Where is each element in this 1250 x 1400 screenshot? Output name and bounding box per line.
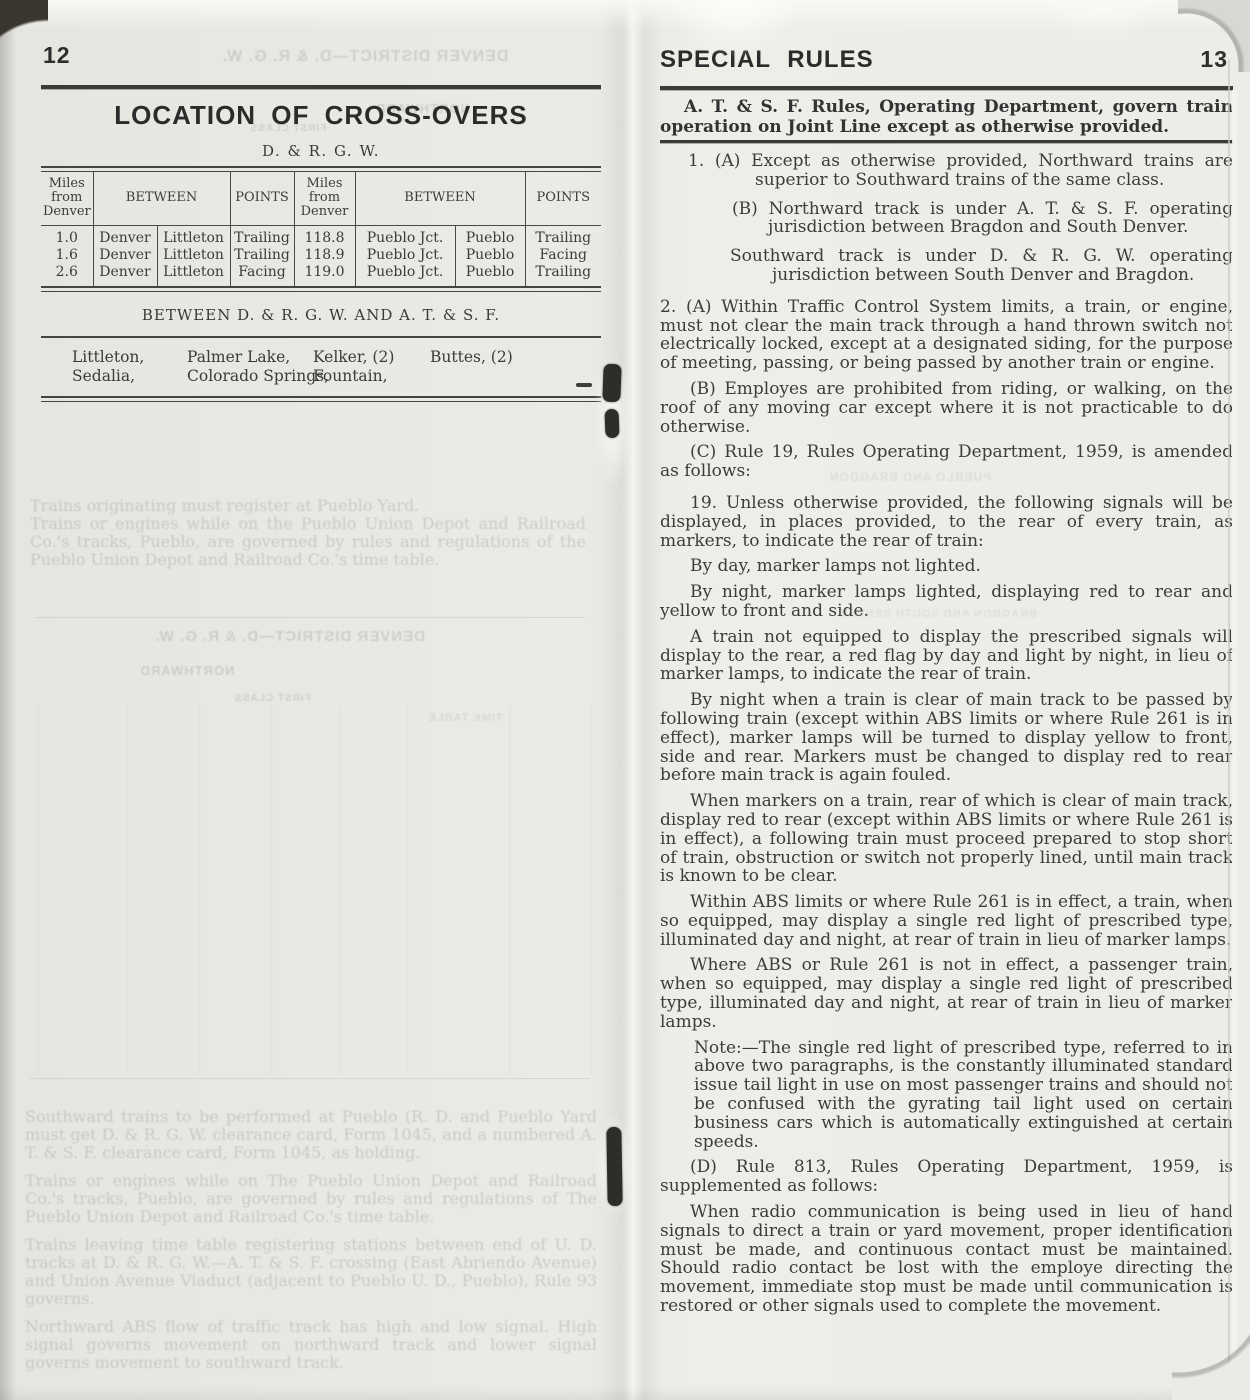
page-13: PUEBLO AND BRAGDON BRAGDON AND SOUTH DEN… (625, 0, 1250, 1400)
table-row: 1.0 Denver Littleton Trailing 118.8 Pueb… (41, 226, 601, 248)
page-title: LOCATION OF CROSS-OVERS (41, 100, 601, 131)
table-cell: 118.9 (294, 247, 355, 264)
bleedthrough-northward: NORTHWARD (118, 663, 256, 678)
divider-rule (41, 336, 601, 338)
rule-paragraph: (C) Rule 19, Rules Operating Department,… (660, 443, 1233, 481)
table-cell: Trailing (230, 226, 294, 248)
table-row: 1.6 Denver Littleton Trailing 118.9 Pueb… (41, 247, 601, 264)
col-header-points: POINTS (230, 172, 294, 226)
rule-paragraph: Where ABS or Rule 261 is not in effect, … (660, 956, 1233, 1031)
crossover-table: Miles from Denver BETWEEN POINTS Miles f… (41, 166, 601, 292)
rule-paragraph: (B) Employes are prohibited from riding,… (660, 380, 1233, 436)
divider-rule (660, 86, 1233, 90)
table-header-row: Miles from Denver BETWEEN POINTS Miles f… (41, 172, 601, 226)
rule-paragraph: When markers on a train, rear of which i… (660, 792, 1233, 886)
staple-mark (576, 383, 592, 387)
bleedthrough-header: DENVER DISTRICT—D. & R. G. W. (185, 48, 545, 66)
bleedthrough-paragraph: Trains leaving time table registering st… (25, 1236, 597, 1308)
page-edge-line (1228, 60, 1230, 1400)
page-12: DENVER DISTRICT—D. & R. G. W. NORTHWARD … (0, 0, 625, 1400)
table-cell: Pueblo Jct. (355, 226, 455, 248)
col-header-points: POINTS (525, 172, 601, 226)
rule-paragraph: (B) Northward track is under A. T. & S. … (660, 200, 1233, 238)
scan-bottom-edge (0, 1386, 1250, 1400)
table-cell: 118.8 (294, 226, 355, 248)
table-cell: 1.6 (41, 247, 93, 264)
divider-rule (41, 396, 601, 402)
rule-paragraph: When radio communication is being used i… (660, 1203, 1233, 1316)
intro-paragraph: A. T. & S. F. Rules, Operating Departmen… (660, 97, 1233, 137)
rule-paragraph: A train not equipped to display the pres… (660, 628, 1233, 684)
bleedthrough-paragraph: Trains or engines while on The Pueblo Un… (25, 1172, 597, 1226)
rule-paragraph: Southward track is under D. & R. G. W. o… (660, 247, 1233, 285)
staple-mark (602, 364, 621, 403)
station-list-column: Palmer Lake, Colorado Springs, (187, 348, 329, 386)
page-edge-line (1232, 90, 1237, 1400)
scan-highlight (670, 0, 800, 58)
note-paragraph: Note:—The single red light of prescribed… (694, 1039, 1233, 1152)
table-row: 2.6 Denver Littleton Facing 119.0 Pueblo… (41, 264, 601, 286)
bleedthrough-paragraph: Trains originating must register at Pueb… (30, 497, 586, 569)
rule-paragraph: (D) Rule 813, Rules Operating Department… (660, 1158, 1233, 1196)
rule-paragraph: By day, marker lamps not lighted. (660, 557, 1233, 576)
divider-rule (660, 140, 1233, 143)
table-cell: Facing (230, 264, 294, 286)
scanned-booklet-spread: DENVER DISTRICT—D. & R. G. W. NORTHWARD … (0, 0, 1250, 1400)
col-header-miles: Miles from Denver (294, 172, 355, 226)
table-cell: Trailing (525, 264, 601, 286)
station-list-column: Littleton, Sedalia, (72, 348, 144, 386)
table-cell: Denver (93, 247, 157, 264)
scan-corner (1178, 0, 1250, 72)
table-cell: Pueblo (455, 264, 525, 286)
table-cell: Denver (93, 264, 157, 286)
scan-highlight (1040, 0, 1160, 44)
page-subtitle: D. & R. G. W. (41, 142, 601, 160)
table-cell: Littleton (157, 247, 230, 264)
scan-corner (1172, 1280, 1250, 1400)
col-header-miles: Miles from Denver (41, 172, 93, 226)
table-cell: Trailing (230, 247, 294, 264)
divider-rule (41, 286, 601, 292)
table-cell: Pueblo Jct. (355, 264, 455, 286)
rule-paragraph: Within ABS limits or where Rule 261 is i… (660, 893, 1233, 949)
table-cell: Denver (93, 226, 157, 248)
bleedthrough-rule (35, 617, 585, 618)
rules-text: 1. (A) Except as otherwise provided, Nor… (660, 152, 1233, 1323)
table-cell: Pueblo (455, 226, 525, 248)
table-cell: Littleton (157, 264, 230, 286)
table-cell: Pueblo (455, 247, 525, 264)
table-cell: 2.6 (41, 264, 93, 286)
bleedthrough-block: Southward trains to be performed at Pueb… (25, 1108, 597, 1372)
staple-mark (604, 409, 619, 438)
bleedthrough-paragraph: Northward ABS flow of traffic track has … (25, 1318, 597, 1372)
rule-paragraph: By night when a train is clear of main t… (660, 691, 1233, 785)
table-cell: Pueblo Jct. (355, 247, 455, 264)
rule-paragraph: 19. Unless otherwise provided, the follo… (660, 494, 1233, 550)
rule-paragraph: 2. (A) Within Traffic Control System lim… (660, 298, 1233, 373)
table-cell: Littleton (157, 226, 230, 248)
bleedthrough-rule (30, 1078, 590, 1079)
bleedthrough-table-grid (38, 705, 592, 1075)
rule-paragraph: 1. (A) Except as otherwise provided, Nor… (660, 152, 1233, 190)
table-cell: Facing (525, 247, 601, 264)
joint-section-heading: BETWEEN D. & R. G. W. AND A. T. & S. F. (41, 306, 601, 324)
scan-left-edge (0, 0, 16, 1400)
col-header-between: BETWEEN (355, 172, 525, 226)
bleedthrough-header: DENVER DISTRICT—D. & R. G. W. (185, 628, 425, 645)
table-cell: Trailing (525, 226, 601, 248)
bleedthrough-firstclass: FIRST CLASS (225, 693, 320, 704)
staple-mark (606, 1127, 622, 1206)
scan-corner (0, 0, 48, 100)
station-list-column: Buttes, (2) (430, 348, 513, 367)
rule-paragraph: By night, marker lamps lighted, displayi… (660, 583, 1233, 621)
station-list-column: Kelker, (2) Fountain, (313, 348, 394, 386)
divider-rule (41, 85, 601, 89)
table-cell: 119.0 (294, 264, 355, 286)
table-cell: 1.0 (41, 226, 93, 248)
bleedthrough-paragraph: Southward trains to be performed at Pueb… (25, 1108, 597, 1162)
col-header-between: BETWEEN (93, 172, 230, 226)
